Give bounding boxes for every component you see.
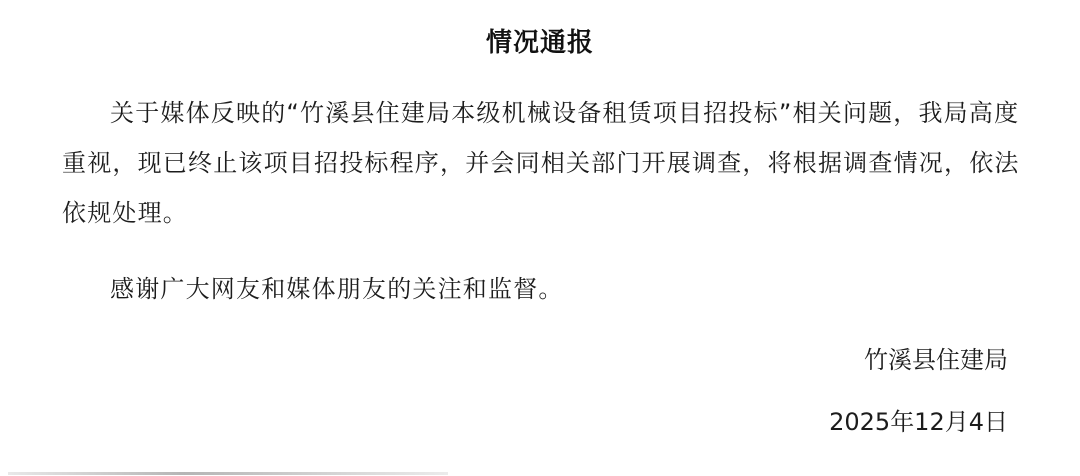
page-edge-shadow (8, 472, 448, 475)
signature-organization: 竹溪县住建局 (864, 340, 1008, 375)
body-paragraph: 感谢广大网友和媒体朋友的关注和监督。 (62, 264, 1042, 314)
body-paragraph: 关于媒体反映的“竹溪县住建局本级机械设备租赁项目招投标”相关问题，我局高度重视，… (62, 88, 1042, 238)
signature-date: 2025年12月4日 (829, 402, 1008, 437)
document-title: 情况通报 (0, 22, 1080, 59)
